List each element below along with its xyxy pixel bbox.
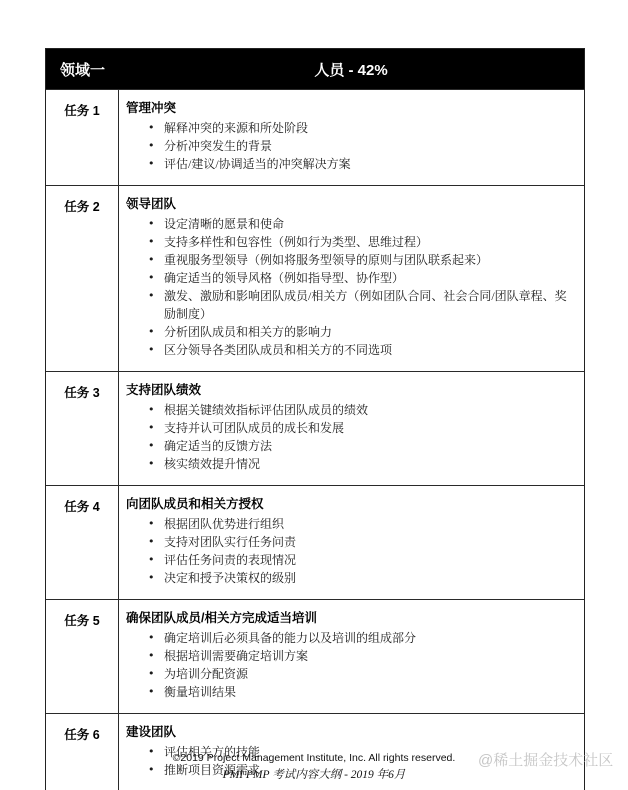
bullet-text: 支持对团队实行任务问责 <box>164 535 296 549</box>
bullet-item: •核实绩效提升情况 <box>148 455 570 473</box>
bullet-item: •区分领导各类团队成员和相关方的不同选项 <box>148 341 570 359</box>
bullet-icon: • <box>148 401 155 419</box>
task-content: 支持团队绩效 •根据关键绩效指标评估团队成员的绩效•支持并认可团队成员的成长和发… <box>119 372 584 485</box>
bullet-icon: • <box>148 437 155 455</box>
bullet-icon: • <box>148 629 155 647</box>
bullet-icon: • <box>148 515 155 533</box>
task-bullet-list: •解释冲突的来源和所处阶段•分析冲突发生的背景•评估/建议/协调适当的冲突解决方… <box>126 119 570 173</box>
bullet-item: •确定适当的领导风格（例如指导型、协作型） <box>148 269 570 287</box>
bullet-item: •重视服务型领导（例如将服务型领导的原则与团队联系起来） <box>148 251 570 269</box>
bullet-text: 确定适当的领导风格（例如指导型、协作型） <box>164 271 404 285</box>
task-label: 任务 3 <box>46 372 119 485</box>
document-page: 领域一 人员 - 42% 任务 1 管理冲突 •解释冲突的来源和所处阶段•分析冲… <box>0 0 628 790</box>
bullet-icon: • <box>148 323 155 341</box>
bullet-text: 评估/建议/协调适当的冲突解决方案 <box>164 157 351 171</box>
bullet-text: 激发、激励和影响团队成员/相关方（例如团队合同、社会合同/团队章程、奖励制度） <box>164 289 567 321</box>
bullet-text: 分析冲突发生的背景 <box>164 139 272 153</box>
bullet-item: •根据团队优势进行组织 <box>148 515 570 533</box>
task-title: 确保团队成员/相关方完成适当培训 <box>126 609 570 627</box>
task-content: 向团队成员和相关方授权 •根据团队优势进行组织•支持对团队实行任务问责•评估任务… <box>119 486 584 599</box>
bullet-icon: • <box>148 455 155 473</box>
bullet-icon: • <box>148 233 155 251</box>
bullet-icon: • <box>148 551 155 569</box>
bullet-item: •评估/建议/协调适当的冲突解决方案 <box>148 155 570 173</box>
task-rows-container: 任务 1 管理冲突 •解释冲突的来源和所处阶段•分析冲突发生的背景•评估/建议/… <box>46 89 584 790</box>
bullet-text: 确定培训后必须具备的能力以及培训的组成部分 <box>164 631 416 645</box>
bullet-text: 根据团队优势进行组织 <box>164 517 284 531</box>
bullet-text: 为培训分配资源 <box>164 667 248 681</box>
task-title: 建设团队 <box>126 723 570 741</box>
bullet-icon: • <box>148 251 155 269</box>
table-header-row: 领域一 人员 - 42% <box>46 49 584 89</box>
bullet-text: 衡量培训结果 <box>164 685 236 699</box>
task-bullet-list: •设定清晰的愿景和使命•支持多样性和包容性（例如行为类型、思维过程）•重视服务型… <box>126 215 570 359</box>
bullet-text: 评估任务问责的表现情况 <box>164 553 296 567</box>
exam-outline-table: 领域一 人员 - 42% 任务 1 管理冲突 •解释冲突的来源和所处阶段•分析冲… <box>45 48 585 790</box>
bullet-text: 区分领导各类团队成员和相关方的不同选项 <box>164 343 392 357</box>
task-content: 领导团队 •设定清晰的愿景和使命•支持多样性和包容性（例如行为类型、思维过程）•… <box>119 186 584 371</box>
task-title: 管理冲突 <box>126 99 570 117</box>
bullet-item: •衡量培训结果 <box>148 683 570 701</box>
bullet-icon: • <box>148 419 155 437</box>
task-row: 任务 3 支持团队绩效 •根据关键绩效指标评估团队成员的绩效•支持并认可团队成员… <box>46 371 584 485</box>
task-bullet-list: •根据关键绩效指标评估团队成员的绩效•支持并认可团队成员的成长和发展•确定适当的… <box>126 401 570 473</box>
bullet-item: •为培训分配资源 <box>148 665 570 683</box>
bullet-icon: • <box>148 533 155 551</box>
task-label: 任务 4 <box>46 486 119 599</box>
task-title: 支持团队绩效 <box>126 381 570 399</box>
bullet-item: •激发、激励和影响团队成员/相关方（例如团队合同、社会合同/团队章程、奖励制度） <box>148 287 570 323</box>
bullet-icon: • <box>148 137 155 155</box>
bullet-text: 根据培训需要确定培训方案 <box>164 649 308 663</box>
bullet-item: •确定适当的反馈方法 <box>148 437 570 455</box>
task-title: 领导团队 <box>126 195 570 213</box>
bullet-icon: • <box>148 287 155 305</box>
domain-title: 人员 - 42% <box>118 59 584 80</box>
bullet-item: •设定清晰的愿景和使命 <box>148 215 570 233</box>
bullet-text: 支持并认可团队成员的成长和发展 <box>164 421 344 435</box>
task-row: 任务 5 确保团队成员/相关方完成适当培训 •确定培训后必须具备的能力以及培训的… <box>46 599 584 713</box>
bullet-icon: • <box>148 683 155 701</box>
bullet-icon: • <box>148 665 155 683</box>
watermark-text: @稀土掘金技术社区 <box>478 749 613 770</box>
task-bullet-list: •确定培训后必须具备的能力以及培训的组成部分•根据培训需要确定培训方案•为培训分… <box>126 629 570 701</box>
bullet-icon: • <box>148 647 155 665</box>
outline-title-text: PMI PMP 考试内容大纲 - 2019 年6月 <box>45 768 583 782</box>
bullet-item: •根据培训需要确定培训方案 <box>148 647 570 665</box>
bullet-item: •决定和授予决策权的级别 <box>148 569 570 587</box>
bullet-text: 根据关键绩效指标评估团队成员的绩效 <box>164 403 368 417</box>
bullet-item: •解释冲突的来源和所处阶段 <box>148 119 570 137</box>
task-row: 任务 4 向团队成员和相关方授权 •根据团队优势进行组织•支持对团队实行任务问责… <box>46 485 584 599</box>
bullet-item: •支持多样性和包容性（例如行为类型、思维过程） <box>148 233 570 251</box>
task-bullet-list: •根据团队优势进行组织•支持对团队实行任务问责•评估任务问责的表现情况•决定和授… <box>126 515 570 587</box>
bullet-item: •支持并认可团队成员的成长和发展 <box>148 419 570 437</box>
task-label: 任务 2 <box>46 186 119 371</box>
task-content: 确保团队成员/相关方完成适当培训 •确定培训后必须具备的能力以及培训的组成部分•… <box>119 600 584 713</box>
bullet-icon: • <box>148 569 155 587</box>
bullet-icon: • <box>148 215 155 233</box>
bullet-text: 决定和授予决策权的级别 <box>164 571 296 585</box>
task-label: 任务 5 <box>46 600 119 713</box>
bullet-item: •分析团队成员和相关方的影响力 <box>148 323 570 341</box>
bullet-text: 支持多样性和包容性（例如行为类型、思维过程） <box>164 235 428 249</box>
task-row: 任务 1 管理冲突 •解释冲突的来源和所处阶段•分析冲突发生的背景•评估/建议/… <box>46 89 584 185</box>
bullet-item: •支持对团队实行任务问责 <box>148 533 570 551</box>
bullet-icon: • <box>148 269 155 287</box>
bullet-item: •确定培训后必须具备的能力以及培训的组成部分 <box>148 629 570 647</box>
task-title: 向团队成员和相关方授权 <box>126 495 570 513</box>
bullet-text: 确定适当的反馈方法 <box>164 439 272 453</box>
bullet-text: 核实绩效提升情况 <box>164 457 260 471</box>
bullet-item: •分析冲突发生的背景 <box>148 137 570 155</box>
bullet-icon: • <box>148 155 155 173</box>
bullet-icon: • <box>148 119 155 137</box>
bullet-text: 分析团队成员和相关方的影响力 <box>164 325 332 339</box>
bullet-text: 解释冲突的来源和所处阶段 <box>164 121 308 135</box>
bullet-text: 设定清晰的愿景和使命 <box>164 217 284 231</box>
task-content: 管理冲突 •解释冲突的来源和所处阶段•分析冲突发生的背景•评估/建议/协调适当的… <box>119 90 584 185</box>
bullet-item: •评估任务问责的表现情况 <box>148 551 570 569</box>
bullet-icon: • <box>148 341 155 359</box>
task-label: 任务 1 <box>46 90 119 185</box>
task-row: 任务 2 领导团队 •设定清晰的愿景和使命•支持多样性和包容性（例如行为类型、思… <box>46 185 584 371</box>
bullet-text: 重视服务型领导（例如将服务型领导的原则与团队联系起来） <box>164 253 488 267</box>
bullet-item: •根据关键绩效指标评估团队成员的绩效 <box>148 401 570 419</box>
